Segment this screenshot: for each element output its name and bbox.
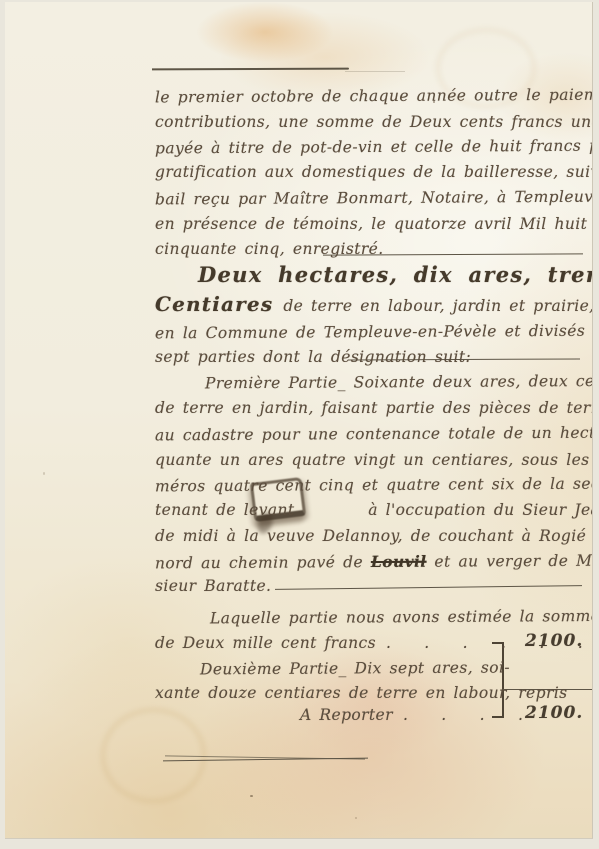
top-rule — [152, 68, 349, 71]
line-18-text: de midi à la veuve Delannoy, de couchant… — [155, 527, 593, 545]
amount-first-part: 2100. m — [525, 631, 593, 653]
ink-speck — [250, 795, 253, 797]
line-16-text: méros quatre cent cinq et quatre cent si… — [155, 474, 593, 495]
line-14-text: au cadastre pour une contenance totale d… — [155, 423, 593, 444]
line-6: en présence de témoins, le quatorze avri… — [155, 214, 593, 235]
amount-first-value: 2100. — [525, 631, 583, 651]
centiares-lead: Centiares — [155, 292, 273, 316]
top-rule-echo — [345, 71, 405, 72]
line-6-text: en présence de témoins, le quatorze avri… — [155, 215, 593, 233]
line-16: méros quatre cent cinq et quatre cent si… — [155, 474, 593, 498]
line-23: Deuxième Partie_ Dix sept ares, soi- — [200, 657, 593, 681]
line-7: cinquante cinq, enregistré. — [155, 239, 593, 260]
line-20: sieur Baratte. — [155, 576, 593, 597]
amount-carry: 2100. m — [525, 703, 593, 725]
line-9-rest: de terre en labour, jardin et prairie, s… — [283, 297, 593, 315]
reporter-label: A Reporter — [300, 706, 393, 724]
amount-carry-value: 2100. — [525, 703, 583, 723]
line-17: tenant de levant à l'occupation du Sieur… — [155, 500, 593, 521]
line-2: contributions, une somme de Deux cents f… — [155, 112, 593, 133]
line-8-heading: Deux hectares, dix ares, trenté sept — [198, 264, 593, 285]
line-21: Laquelle partie nous avons estimée la so… — [210, 606, 593, 630]
line-18: de midi à la veuve Delannoy, de couchant… — [155, 526, 593, 547]
line-9: Centiaresde terre en labour, jardin et p… — [155, 294, 593, 317]
line-13-text: de terre en jardin, faisant partie des p… — [155, 399, 593, 417]
line-21-text: Laquelle partie nous avons estimée la so… — [210, 607, 593, 627]
line-12-text: Première Partie_ Soixante deux ares, deu… — [205, 372, 593, 393]
line-11: sept parties dont la désignation suit: — [155, 347, 593, 368]
line-5: bail reçu par Maître Bonmart, Notaire, à… — [155, 187, 593, 211]
heading-text: Deux hectares, dix ares, trenté sept — [198, 262, 593, 287]
line-11-text: sept parties dont la désignation suit: — [155, 348, 471, 366]
line-19-post: et au verger de Mon- — [427, 552, 593, 571]
line-15-text: quante un ares quatre vingt un centiares… — [155, 451, 593, 469]
line-4-text: gratification aux domestiques de la bail… — [155, 163, 593, 181]
line-24: xante douze centiares de terre en labour… — [155, 683, 593, 704]
line-4: gratification aux domestiques de la bail… — [155, 162, 593, 183]
line-17-pre: tenant de levant — [155, 501, 295, 519]
line-17-post: à l'occupation du Sieur Jean Mortreux, — [368, 501, 593, 519]
line-22: de Deux mille cent francs. . . . . . . .… — [155, 633, 593, 654]
line-1: le premier octobre de chaque année outre… — [155, 85, 593, 109]
line-10-text: en la Commune de Templeuve-en-Pévèle et … — [155, 322, 593, 343]
line-1-text: le premier octobre de chaque année outre… — [155, 85, 593, 106]
struck-word-louvil: Louvil — [371, 552, 427, 571]
line-23-text: Deuxième Partie_ Dix sept ares, soi- — [200, 658, 510, 678]
line-24-text: xante douze centiares de terre en labour… — [155, 684, 567, 702]
ink-speck — [355, 817, 357, 819]
manuscript-page: le premier octobre de chaque année outre… — [5, 2, 593, 839]
line-15: quante un ares quatre vingt un centiares… — [155, 450, 593, 471]
line-3-text: payée à titre de pot-de-vin et celle de … — [155, 136, 593, 157]
reporter-dotted-leader: . . . . — [403, 706, 536, 724]
line-14: au cadastre pour une contenance totale d… — [155, 423, 593, 447]
line-22-text: de Deux mille cent francs — [155, 634, 376, 652]
line-13: de terre en jardin, faisant partie des p… — [155, 398, 593, 419]
ink-speck — [43, 472, 45, 475]
line-12: Première Partie_ Soixante deux ares, deu… — [205, 371, 593, 395]
line-19-pre: nord au chemin pavé de — [155, 553, 371, 572]
line-10: en la Commune de Templeuve-en-Pévèle et … — [155, 321, 593, 345]
line-25: A Reporter. . . . 2100. m — [155, 705, 593, 726]
line-7-text: cinquante cinq, enregistré. — [155, 240, 384, 258]
line-20-text: sieur Baratte. — [155, 577, 271, 595]
line-2-text: contributions, une somme de Deux cents f… — [155, 113, 593, 131]
line-19: nord au chemin pavé de Louvil et au verg… — [155, 550, 593, 575]
line-5-text: bail reçu par Maître Bonmart, Notaire, à… — [155, 188, 593, 209]
line-3: payée à titre de pot-de-vin et celle de … — [155, 136, 593, 160]
